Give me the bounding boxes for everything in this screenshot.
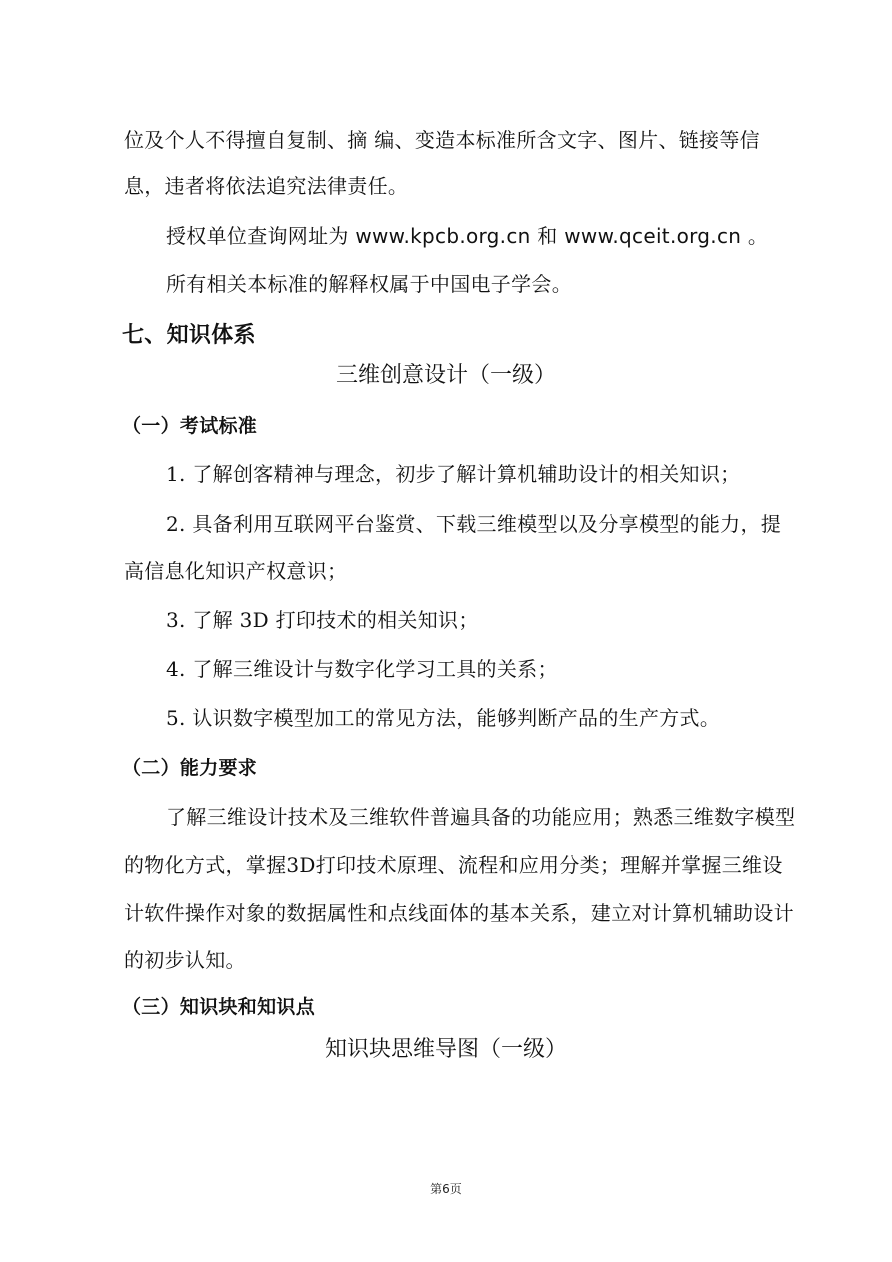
- ability-line-1: 了解三维设计技术及三维软件普遍具备的功能应用；熟悉三维数字模型: [166, 803, 795, 831]
- knowledge-heading: （三）知识块和知识点: [122, 993, 315, 1021]
- url-kpcb-link[interactable]: www.kpcb.org.cn: [355, 224, 530, 248]
- ability-line-3: 计软件操作对象的数据属性和点线面体的基本关系，建立对计算机辅助设计: [124, 899, 794, 927]
- ability-heading: （二）能力要求: [122, 754, 257, 782]
- page-number: 第6页: [0, 1181, 892, 1197]
- interpretation-statement: 所有相关本标准的解释权属于中国电子学会。: [166, 270, 572, 298]
- url-qceit-link[interactable]: www.qceit.org.cn: [564, 224, 741, 248]
- exam-standard-item-2-cont: 高信息化知识产权意识；: [124, 557, 347, 585]
- exam-standard-item-5: 5. 认识数字模型加工的常见方法，能够判断产品的生产方式。: [166, 704, 720, 732]
- ability-line-2: 的物化方式，掌握3D打印技术原理、流程和应用分类；理解并掌握三维设: [124, 851, 783, 879]
- section-heading: 七、知识体系: [122, 322, 256, 350]
- ability-line-4: 的初步认知。: [124, 946, 246, 974]
- copyright-line-2: 息，违者将依法追究法律责任。: [124, 172, 408, 200]
- query-and: 和: [531, 224, 565, 248]
- query-prefix: 授权单位查询网址为: [166, 224, 355, 248]
- exam-standard-item-1: 1. 了解创客精神与理念，初步了解计算机辅助设计的相关知识；: [166, 460, 740, 488]
- exam-standard-heading: （一）考试标准: [122, 412, 257, 440]
- copyright-line-1: 位及个人不得擅自复制、摘 编、变造本标准所含文字、图片、链接等信: [124, 126, 760, 154]
- exam-standard-item-4: 4. 了解三维设计与数字化学习工具的关系；: [166, 655, 558, 683]
- query-suffix: 。: [741, 224, 768, 248]
- document-page: 位及个人不得擅自复制、摘 编、变造本标准所含文字、图片、链接等信 息，违者将依法…: [0, 0, 892, 1262]
- mindmap-title: 知识块思维导图（一级）: [0, 1035, 892, 1065]
- exam-standard-item-2: 2. 具备利用互联网平台鉴赏、下载三维模型以及分享模型的能力，提: [166, 510, 781, 538]
- query-url-paragraph: 授权单位查询网址为 www.kpcb.org.cn 和 www.qceit.or…: [166, 222, 768, 250]
- section-title: 三维创意设计（一级）: [0, 361, 892, 391]
- exam-standard-item-3: 3. 了解 3D 打印技术的相关知识；: [166, 606, 479, 634]
